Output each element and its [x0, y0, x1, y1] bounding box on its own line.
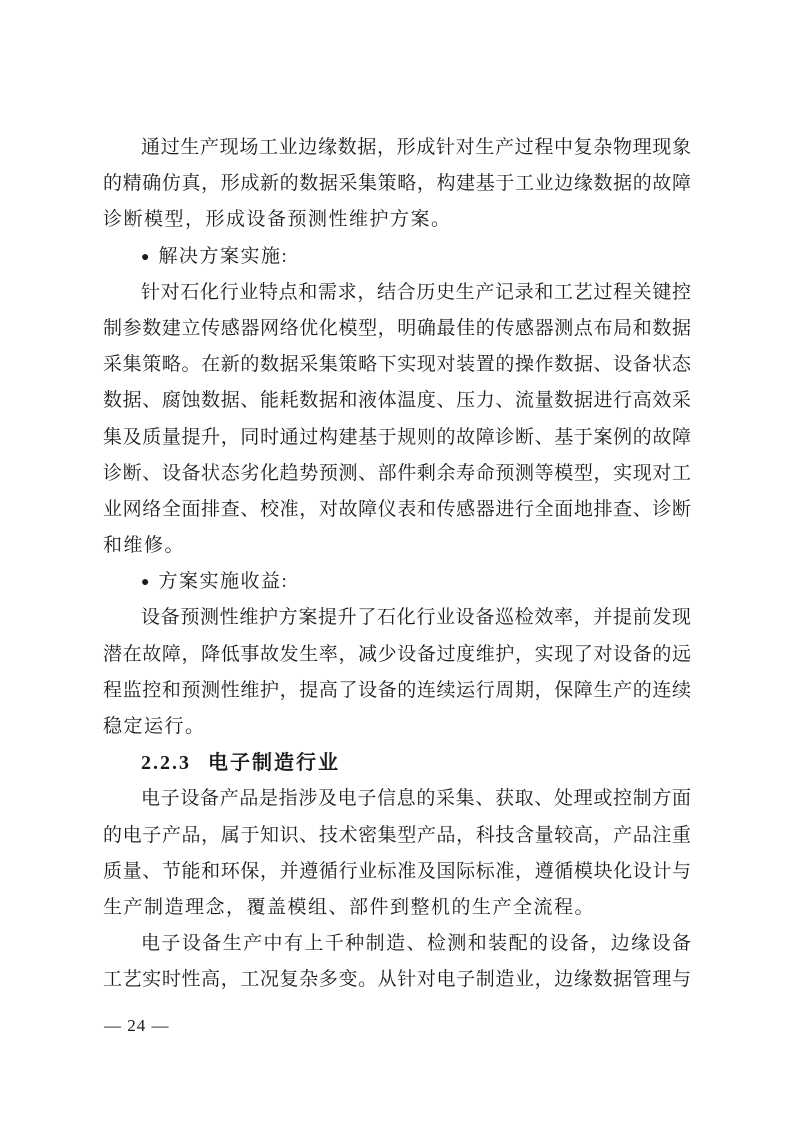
- paragraph-line: 制参数建立传感器网络优化模型，明确最佳的传感器测点布局和数据: [103, 311, 691, 347]
- paragraph-line: 采集策略。在新的数据采集策略下实现对装置的操作数据、设备状态: [103, 347, 691, 383]
- solution-implementation-bullet: ●解决方案实施:: [103, 239, 691, 275]
- solution-implementation-paragraph: 针对石化行业特点和需求，结合历史生产记录和工艺过程关键控制参数建立传感器网络优化…: [103, 275, 691, 565]
- paragraph-line: 的电子产品，属于知识、技术密集型产品，科技含量较高，产品注重: [103, 818, 691, 854]
- section-heading-2-2-3: 2.2.3电子制造行业: [103, 745, 691, 781]
- heading-title: 电子制造行业: [208, 752, 340, 774]
- bullet-icon: ●: [141, 240, 149, 276]
- bullet-label: 解决方案实施:: [158, 246, 288, 267]
- paragraph-line: 诊断模型，形成设备预测性维护方案。: [103, 202, 691, 238]
- paragraph-line: 通过生产现场工业边缘数据，形成针对生产过程中复杂物理现象: [103, 130, 691, 166]
- benefits-bullet: ●方案实施收益:: [103, 564, 691, 600]
- document-content: 通过生产现场工业边缘数据，形成针对生产过程中复杂物理现象的精确仿真，形成新的数据…: [103, 130, 691, 999]
- intro-paragraph: 通过生产现场工业边缘数据，形成针对生产过程中复杂物理现象的精确仿真，形成新的数据…: [103, 130, 691, 239]
- paragraph-line: 电子设备产品是指涉及电子信息的采集、获取、处理或控制方面: [103, 781, 691, 817]
- paragraph-line: 程监控和预测性维护，提高了设备的连续运行周期，保障生产的连续: [103, 673, 691, 709]
- bullet-icon: ●: [141, 565, 149, 601]
- paragraph-line: 的精确仿真，形成新的数据采集策略，构建基于工业边缘数据的故障: [103, 166, 691, 202]
- paragraph-line: 工艺实时性高，工况复杂多变。从针对电子制造业，边缘数据管理与: [103, 962, 691, 998]
- page-number: — 24 —: [104, 1016, 170, 1036]
- paragraph-line: 质量、节能和环保，并遵循行业标准及国际标准，遵循模块化设计与: [103, 854, 691, 890]
- paragraph-line: 数据、腐蚀数据、能耗数据和液体温度、压力、流量数据进行高效采: [103, 383, 691, 419]
- paragraph-line: 设备预测性维护方案提升了石化行业设备巡检效率，并提前发现: [103, 600, 691, 636]
- page: 通过生产现场工业边缘数据，形成针对生产过程中复杂物理现象的精确仿真，形成新的数据…: [0, 0, 793, 1122]
- paragraph-line: 诊断、设备状态劣化趋势预测、部件剩余寿命预测等模型，实现对工: [103, 456, 691, 492]
- heading-number: 2.2.3: [141, 752, 191, 774]
- bullet-label: 方案实施收益:: [158, 571, 288, 592]
- electronics-overview-paragraph: 电子设备产品是指涉及电子信息的采集、获取、处理或控制方面的电子产品，属于知识、技…: [103, 781, 691, 926]
- paragraph-line: 业网络全面排查、校准，对故障仪表和传感器进行全面地排查、诊断: [103, 492, 691, 528]
- paragraph-line: 电子设备生产中有上千种制造、检测和装配的设备，边缘设备多，: [103, 926, 691, 962]
- benefits-paragraph: 设备预测性维护方案提升了石化行业设备巡检效率，并提前发现潜在故障，降低事故发生率…: [103, 600, 691, 745]
- paragraph-line: 和维修。: [103, 528, 691, 564]
- paragraph-line: 潜在故障，降低事故发生率，减少设备过度维护，实现了对设备的远: [103, 637, 691, 673]
- paragraph-line: 针对石化行业特点和需求，结合历史生产记录和工艺过程关键控: [103, 275, 691, 311]
- paragraph-line: 稳定运行。: [103, 709, 691, 745]
- paragraph-line: 生产制造理念，覆盖模组、部件到整机的生产全流程。: [103, 890, 691, 926]
- electronics-production-paragraph: 电子设备生产中有上千种制造、检测和装配的设备，边缘设备多，工艺实时性高，工况复杂…: [103, 926, 691, 998]
- paragraph-line: 集及质量提升，同时通过构建基于规则的故障诊断、基于案例的故障: [103, 420, 691, 456]
